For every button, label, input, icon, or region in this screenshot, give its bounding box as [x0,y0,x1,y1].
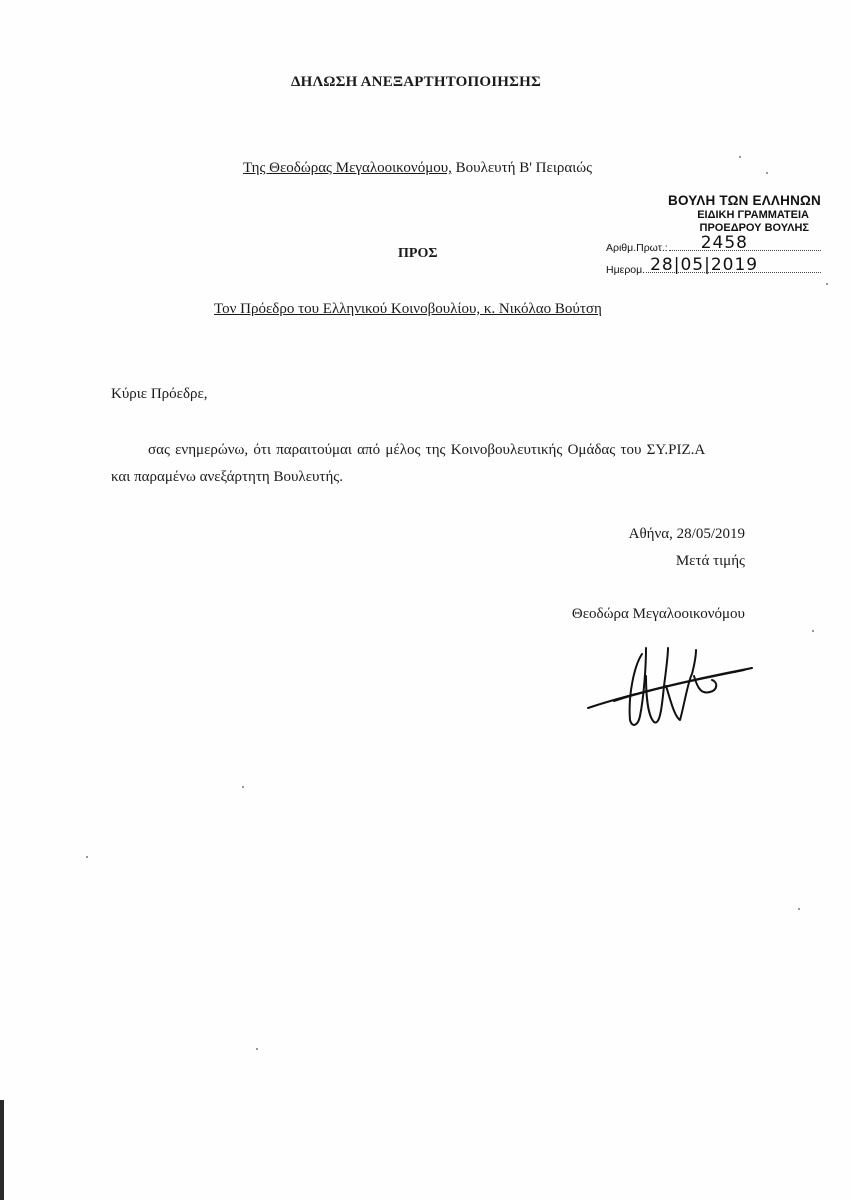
scan-speck [812,630,814,632]
to-heading: ΠΡΟΣ [398,246,437,262]
scan-speck [256,1048,258,1050]
document-title: ΔΗΛΩΣΗ ΑΝΕΞΑΡΤΗΤΟΠΟΙΗΣΗΣ [291,74,541,91]
scan-speck [798,908,800,910]
date-field: 28|05|2019 [646,260,821,273]
scan-speck [739,156,741,158]
scan-speck [766,172,768,174]
stamp-date-row: Ημερομ. 28|05|2019 [606,260,821,279]
sender-line: Της Θεοδώρας Μεγαλοοικονόμου, Βουλευτή Β… [243,160,592,177]
salutation: Κύριε Πρόεδρε, [111,386,208,403]
scanned-page: ΔΗΛΩΣΗ ΑΝΕΞΑΡΤΗΤΟΠΟΙΗΣΗΣ Της Θεοδώρας Με… [0,0,851,1200]
date-label: Ημερομ. [606,261,645,279]
sender-role: Βουλευτή Β' Πειραιώς [452,160,592,176]
protocol-number: 2458 [701,234,748,252]
body-text-line-1: σας ενημερώνω, ότι παραιτούμαι από μέλος… [148,442,705,459]
scan-speck [242,786,244,788]
stamp-line-2: ΕΙΔΙΚΗ ΓΡΑΜΜΑΤΕΙΑ [606,209,821,222]
protocol-field: 2458 [669,238,821,251]
place-and-date: Αθήνα, 28/05/2019 [629,526,745,543]
handwritten-signature-icon [584,636,759,736]
stamp-date: 28|05|2019 [650,256,758,274]
recipient-line: Τον Πρόεδρο του Ελληνικού Κοινοβουλίου, … [214,301,602,318]
scan-edge-shadow [0,1100,4,1200]
body-text-line-2: και παραμένω ανεξάρτητη Βουλευτής. [111,469,343,486]
signatory-name: Θεοδώρα Μεγαλοοικονόμου [572,606,745,623]
scan-speck [86,856,88,858]
closing: Μετά τιμής [676,553,745,570]
sender-name: Της Θεοδώρας Μεγαλοοικονόμου, [243,160,452,176]
scan-speck [826,283,828,285]
stamp-line-1: ΒΟΥΛΗ ΤΩΝ ΕΛΛΗΝΩΝ [606,193,821,209]
parliament-stamp: ΒΟΥΛΗ ΤΩΝ ΕΛΛΗΝΩΝ ΕΙΔΙΚΗ ΓΡΑΜΜΑΤΕΙΑ ΠΡΟΕ… [606,193,821,279]
